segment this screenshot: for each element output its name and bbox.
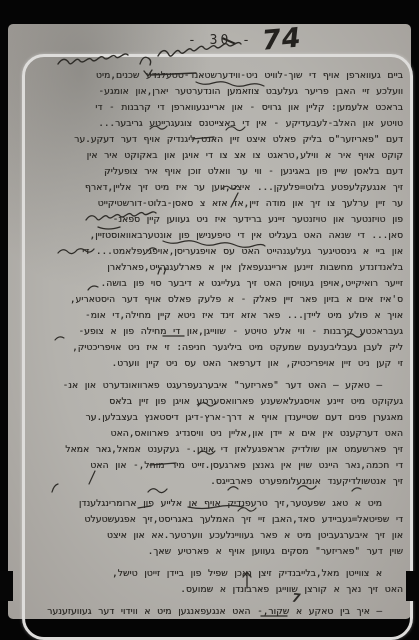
typed-text-line: זיך אנגעקלעפטע בלוט=פלעקן... איצט,ווען ע…	[56, 180, 403, 196]
typed-text-line: זיך אנטשולדיקענד אומגעלומפערט פארבייגס.	[56, 474, 403, 490]
paragraph: ביים געווארפן אויף די שוך-לוויט ניט-וויד…	[56, 68, 403, 372]
typed-text-line: — טאקע — האט דער "פאריזער" איבערגעפרעגט …	[56, 378, 403, 394]
typed-text-line: אויך א פולע מיט ליידן... פאר אזא זינד אי…	[56, 308, 403, 324]
page-number-handwritten: 74	[261, 22, 303, 56]
typed-text-line: א צווייטן מאל,בלייבנדיק זיצן נאכן שפיל פ…	[56, 566, 403, 582]
typed-text-line: ליק לעבן געבליבענעם שמעקט מיט ביליגער חנ…	[56, 340, 403, 356]
typed-text-line: געקוקט מיט זיינע אויסגעלאשענע פארוואסערט…	[56, 394, 403, 410]
typed-text-line: פון טויזנטער און טויזנטער זיינע ברידער א…	[56, 212, 403, 228]
typed-text-line: זי קען ניט זיין אויפריכטיק, און דערפאר ה…	[56, 356, 403, 372]
handwritten-mark-seven: 7	[291, 591, 301, 606]
typed-text-line: און זיך איבערגעביטן מיט א פאר געוויינלעכ…	[56, 528, 403, 544]
typed-text-line: האט זיך נאך א קורצן שווייגן פארבונדן א ש…	[56, 582, 403, 598]
typed-text-block: ביים געווארפן אויף די שוך-לוויט ניט-וויד…	[56, 68, 403, 620]
typed-text-line: — איך בין טאקע א שקור,- האט אנגעפאנגען מ…	[56, 604, 403, 620]
typed-text-line: וועלכע זיי האבן פריער געלעבט צוזאמען הונ…	[56, 84, 403, 100]
paragraph: מיט א טאג שפעטער,זיך טרעפנדיק אויף אן אל…	[56, 496, 403, 560]
typed-text-line: בלאנדזנדע מחשבות זיינען אריינגעפאלן אין …	[56, 260, 403, 276]
typed-text-line: זיך פארשעמט און שולדיק אראפגעלאזן די אוי…	[56, 442, 403, 458]
typed-text-line: קוקט אויף איר א ווילע,טראגט צו אצ צו די …	[56, 148, 403, 164]
typed-text-line: ס'איז אים א בזיון פאר זיין פאלק - א פלעק…	[56, 292, 403, 308]
typed-text-line: מאגערן פנים דעם שטייענדן אויף א דרך-ארץ-…	[56, 410, 403, 426]
scanned-page-photo: - 30 - 74 ביים געווארפן אויף די שוך-לווי…	[0, 0, 419, 640]
typed-text-line: די חכמה,נאר היינט שוין אין גאנצן פארגעסן…	[56, 458, 403, 474]
typed-text-line: האט דערקענט אין אים א יידן און,אליין ניט…	[56, 426, 403, 442]
typed-text-line: געבראכטע קרבנות - ווי אלע טויטע - שווייג…	[56, 324, 403, 340]
typed-text-line: זייער רואיקייט,אויפן געוויסן האט זיך געל…	[56, 276, 403, 292]
typed-text-line: סאן... די שנאה האט בעגליט אין די טיפעניש…	[56, 228, 403, 244]
typed-text-line: דעם בלאסן שיין פון באגינען - ווי ער וואל…	[56, 164, 403, 180]
typed-text-line: דעם "פאריזער"ס בליק פאלט איצט זיין האנט,…	[56, 132, 403, 148]
typed-text-line: בראכט אלעמען: קליין און גרויס - און אריי…	[56, 100, 403, 116]
typed-text-line: שוין דער "פאריזער" מסקים געווען אויף א פ…	[56, 544, 403, 560]
paragraph: — טאקע — האט דער "פאריזער" איבערגעפרעגט …	[56, 378, 403, 490]
typed-text-line: טויטע און האלב-לעבעדיקע - אין די באצייטנ…	[56, 116, 403, 132]
paragraph: — איך בין טאקע א שקור,- האט אנגעפאנגען מ…	[56, 604, 403, 620]
typed-text-line: די שפיטאל=געביידע סאד,האבן זיי זיך האמלע…	[56, 512, 403, 528]
paragraph: א צווייטן מאל,בלייבנדיק זיצן נאכן שפיל פ…	[56, 566, 403, 598]
typed-text-line: ער זיין ערלעך צו זיך און מודה זיין,אז אז…	[56, 196, 403, 212]
film-edge-notch-left	[0, 571, 13, 601]
film-edge-notch-right	[406, 571, 419, 601]
typed-text-line: מיט א טאג שפעטער,זיך טרעפנדיק אויף אן אל…	[56, 496, 403, 512]
typed-text-line: ביים געווארפן אויף די שוך-לוויט ניט-וויד…	[56, 68, 403, 84]
page-number-typed: - 30 -	[188, 33, 253, 48]
typed-text-line: און ביי א גינסטיגער געלעגנהייט האט עס או…	[56, 244, 403, 260]
